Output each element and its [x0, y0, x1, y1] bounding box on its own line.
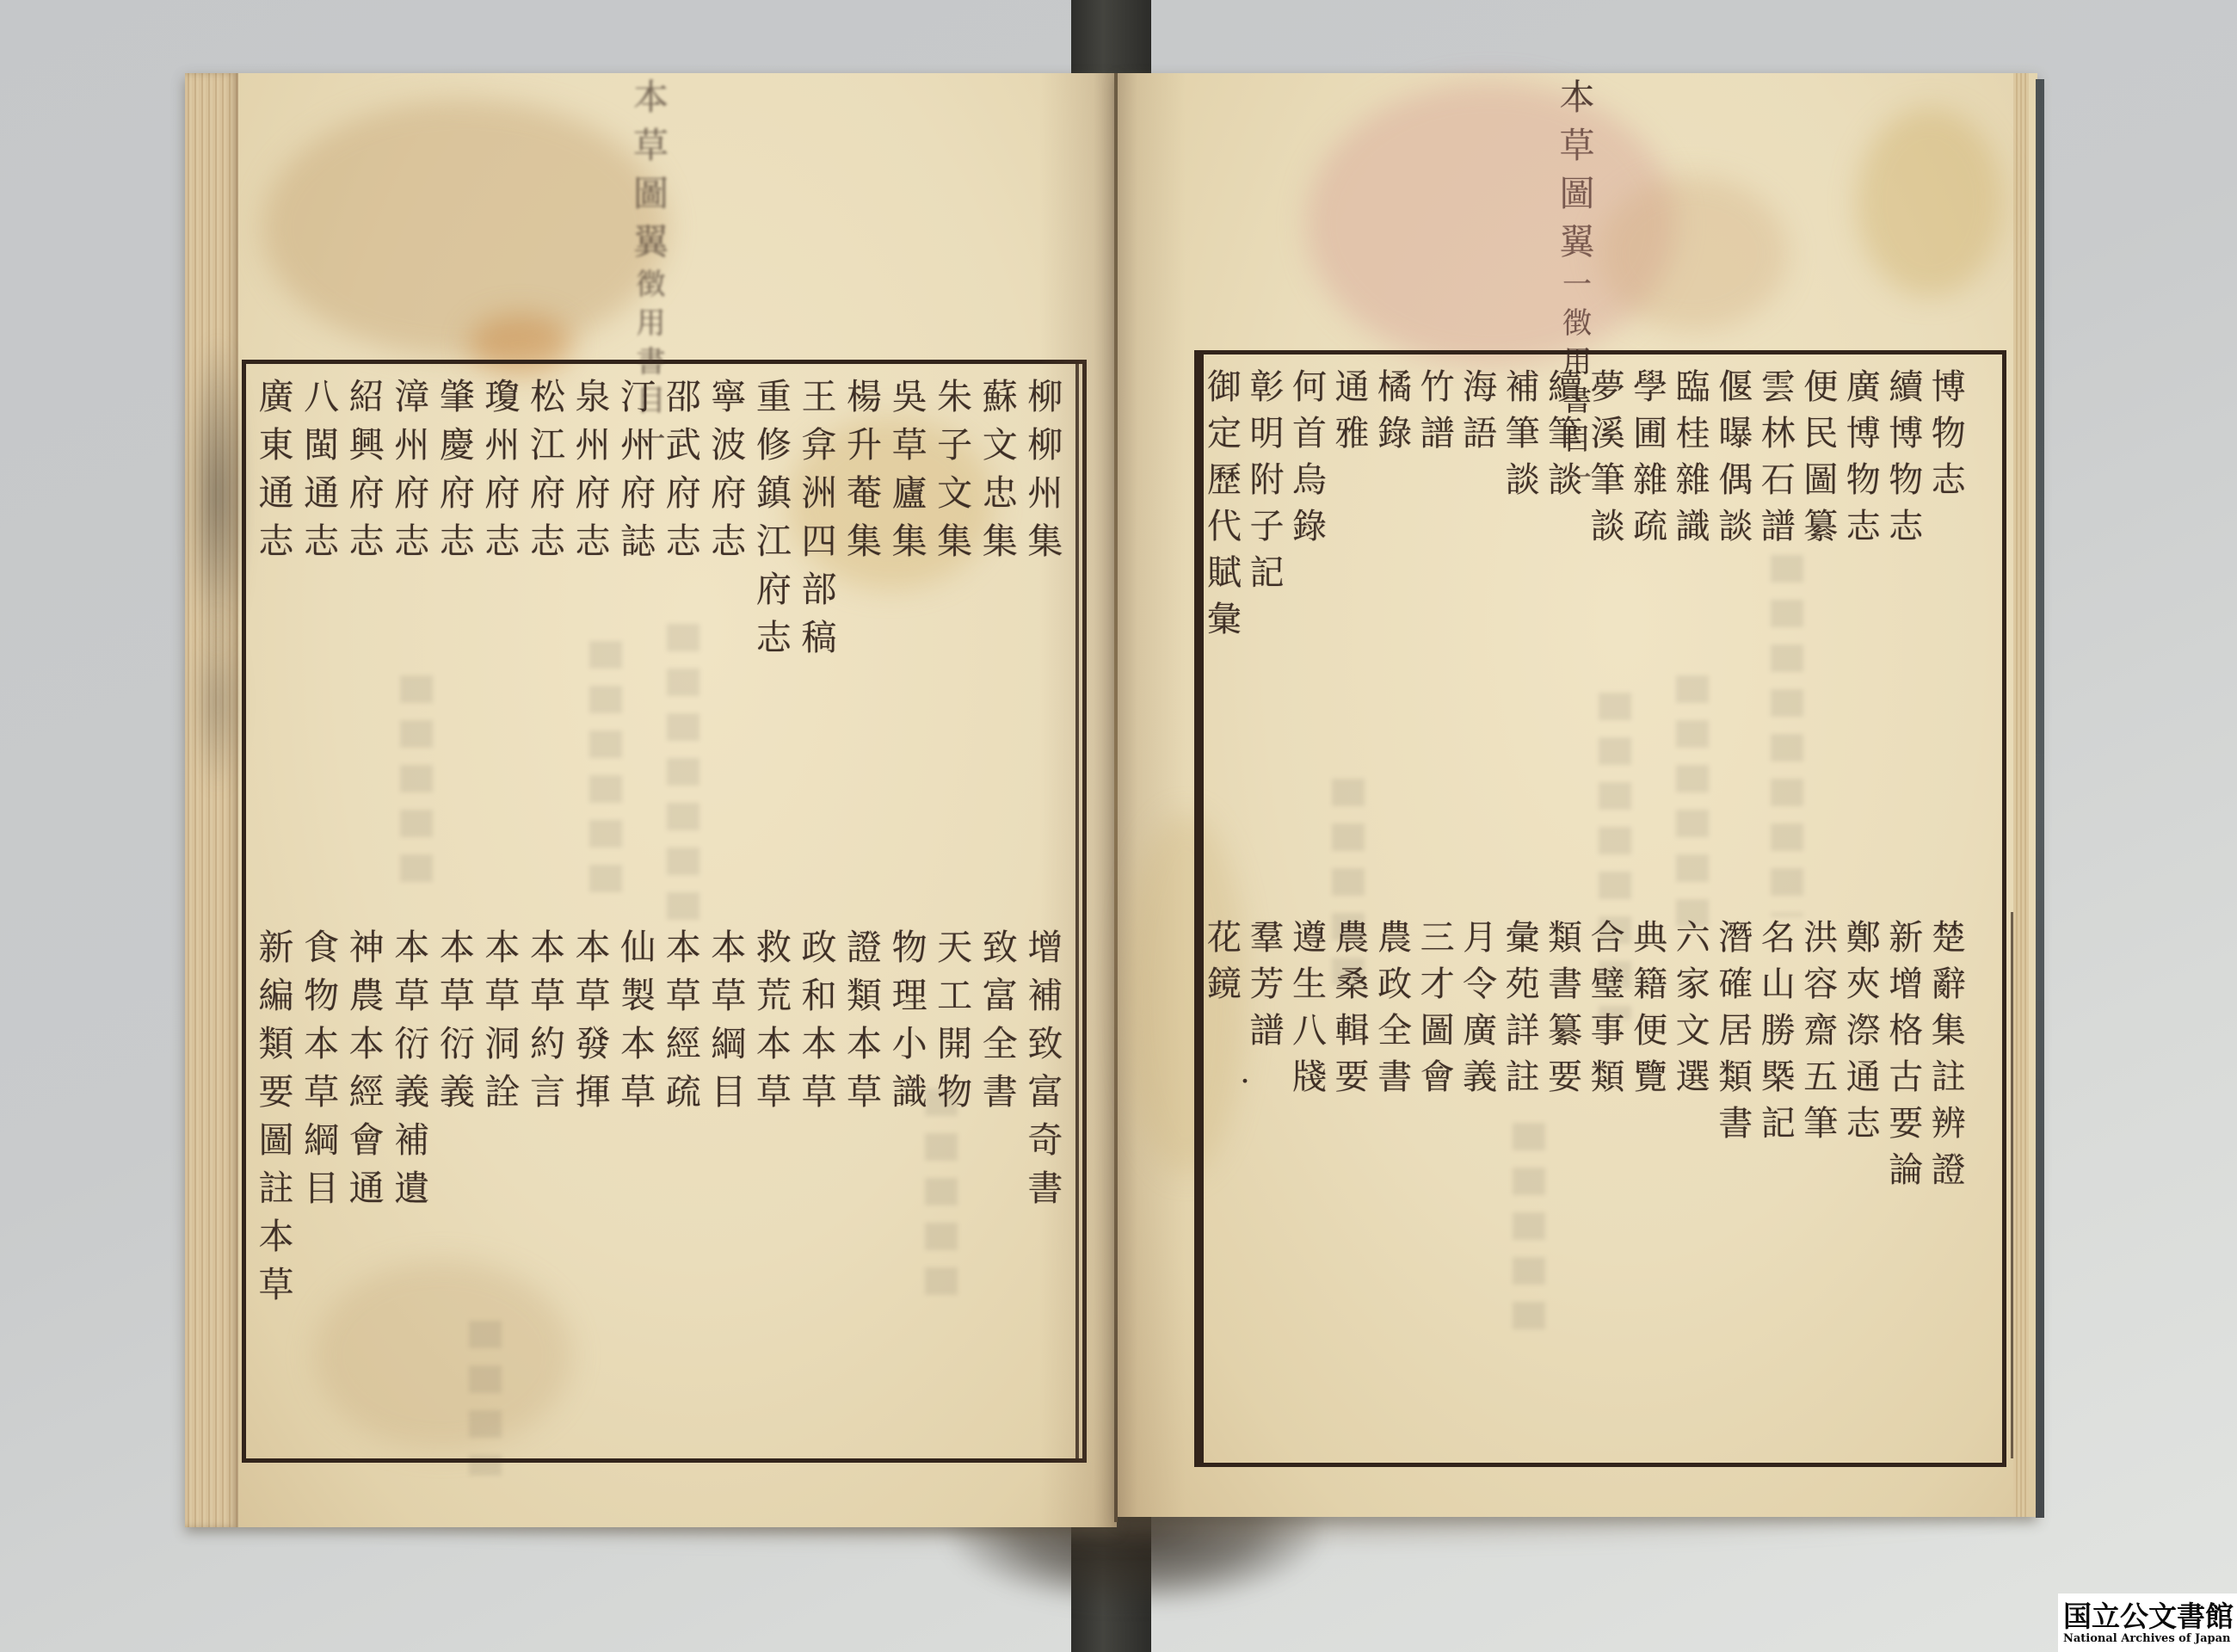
title-glyph: 廬 — [890, 469, 928, 517]
title-glyph: 疏 — [664, 1068, 702, 1116]
title-glyph: 義 — [393, 1068, 431, 1116]
title-glyph: 首 — [1291, 410, 1328, 457]
title-glyph: 義 — [438, 1068, 476, 1116]
title-glyph: 林 — [1760, 410, 1796, 457]
title-glyph: 政 — [800, 923, 838, 971]
book-title-column: 類書纂要 — [1547, 915, 1583, 1396]
title-glyph: 本 — [664, 923, 702, 971]
book-title-column: 彙苑詳註 — [1505, 915, 1541, 1396]
title-glyph: 物 — [936, 1068, 974, 1116]
title-glyph: 救 — [755, 923, 792, 971]
title-glyph: 證 — [1931, 1147, 1967, 1193]
title-glyph: 談 — [1590, 503, 1626, 550]
title-glyph: 通 — [348, 1164, 385, 1212]
book-title-column: 神農本經會通 — [348, 923, 385, 1405]
title-glyph: 農 — [1334, 915, 1371, 961]
title-glyph: 鄭 — [1846, 915, 1882, 961]
right-page-top-title-list: 博物志續博物志廣博物志便民圖纂雲林石譜偃曝偶談臨桂雜識學圃雜疏夢溪筆談續筆談補筆… — [1206, 364, 1967, 794]
title-glyph: 容 — [1803, 961, 1839, 1008]
title-glyph: 府 — [755, 565, 792, 613]
title-glyph: 八 — [303, 373, 341, 421]
title-glyph: 草 — [438, 971, 476, 1020]
title-glyph: 溪 — [1590, 410, 1626, 457]
book-title-column: 吳草廬集 — [890, 373, 928, 803]
book-title-column: 本草衍義補遺 — [393, 923, 431, 1405]
title-glyph: 草 — [710, 971, 748, 1020]
title-glyph: 製 — [619, 971, 657, 1020]
book-title-column: 廣東通志 — [257, 373, 295, 803]
title-glyph: 集 — [936, 517, 974, 565]
title-glyph: 山 — [1760, 961, 1796, 1008]
title-glyph: 工 — [936, 971, 974, 1020]
title-glyph: 楊 — [846, 373, 884, 421]
title-glyph: 王 — [800, 373, 838, 421]
title-glyph: 邵 — [664, 373, 702, 421]
ink-smudge — [192, 607, 243, 796]
book-title-column: 農政全書 — [1377, 915, 1413, 1396]
title-glyph: 洲 — [800, 469, 838, 517]
title-glyph: 圖 — [1420, 1008, 1456, 1054]
title-glyph: 古 — [1888, 1054, 1924, 1100]
title-glyph: 書 — [1377, 1054, 1413, 1100]
title-glyph: 楚 — [1931, 915, 1967, 961]
title-glyph: 蘇 — [981, 373, 1019, 421]
title-glyph: 識 — [1675, 503, 1711, 550]
book-title-column: 海語 — [1462, 364, 1498, 794]
title-glyph: 東 — [257, 421, 295, 469]
title-glyph: 州 — [393, 421, 431, 469]
title-glyph: 發 — [574, 1020, 612, 1068]
list-dot-mark: ・ — [1234, 1064, 1256, 1096]
title-glyph: 識 — [890, 1068, 928, 1116]
title-glyph: 文 — [1675, 1008, 1711, 1054]
title-glyph: 彰 — [1249, 364, 1285, 410]
title-glyph: 橘 — [1377, 364, 1413, 410]
title-glyph: 州 — [619, 421, 657, 469]
title-glyph: 物 — [1931, 410, 1967, 457]
archive-name-english: National Archives of Japan — [2063, 1632, 2231, 1645]
book-title-column: 重修鎮江府志 — [755, 373, 792, 803]
title-glyph: 民 — [1803, 410, 1839, 457]
title-glyph: 物 — [890, 923, 928, 971]
title-glyph: 瓊 — [484, 373, 521, 421]
title-glyph: 志 — [257, 517, 295, 565]
book-title-column: 農桑輯要 — [1334, 915, 1371, 1396]
book-title-column: 花鏡 — [1206, 915, 1242, 1396]
title-glyph: 食 — [303, 923, 341, 971]
stain — [1599, 176, 1788, 331]
book-title-column: 本草發揮 — [574, 923, 612, 1405]
title-glyph: 府 — [393, 469, 431, 517]
title-glyph: 文 — [981, 421, 1019, 469]
title-glyph: 富 — [981, 971, 1019, 1020]
title-glyph: 草 — [528, 971, 566, 1020]
book-title-column: 天工開物 — [936, 923, 974, 1405]
title-glyph: 雲 — [1760, 364, 1796, 410]
title-glyph: 牋 — [1291, 1054, 1328, 1100]
title-glyph: 雜 — [1675, 457, 1711, 503]
title-glyph: 雜 — [1632, 457, 1668, 503]
title-glyph: 譜 — [1420, 410, 1456, 457]
book-title-column: 物理小識 — [890, 923, 928, 1405]
title-glyph: 月 — [1462, 915, 1498, 961]
archive-name-japanese: 国立公文書館 — [2063, 1601, 2234, 1632]
title-glyph: 志 — [528, 517, 566, 565]
title-glyph: 編 — [257, 971, 295, 1020]
title-glyph: 志 — [1846, 503, 1882, 550]
title-glyph: 疏 — [1632, 503, 1668, 550]
title-glyph: 記 — [1249, 550, 1285, 596]
title-glyph: 天 — [936, 923, 974, 971]
title-glyph: 五 — [1803, 1054, 1839, 1100]
title-glyph: 波 — [710, 421, 748, 469]
title-glyph: 通 — [1334, 364, 1371, 410]
book-title-column: 松江府志 — [528, 373, 566, 803]
title-glyph: 潛 — [1717, 915, 1753, 961]
title-glyph: 草 — [846, 1068, 884, 1116]
title-glyph: 草 — [303, 1068, 341, 1116]
title-glyph: 三 — [1420, 915, 1456, 961]
book-title-column: 瓊州府志 — [484, 373, 521, 803]
title-glyph: 本 — [393, 923, 431, 971]
book-title-column: 本草經疏 — [664, 923, 702, 1405]
title-glyph: 本 — [710, 923, 748, 971]
book-title-column: 救荒本草 — [755, 923, 792, 1405]
title-glyph: 衍 — [393, 1020, 431, 1068]
title-glyph: 筆 — [1803, 1100, 1839, 1147]
book-title-column: 食物本草綱目 — [303, 923, 341, 1405]
title-glyph: 筆 — [1505, 410, 1541, 457]
title-glyph: 續 — [1888, 364, 1924, 410]
title-glyph: 苑 — [1505, 961, 1541, 1008]
title-glyph: 紹 — [348, 373, 385, 421]
title-glyph: 增 — [1026, 923, 1064, 971]
title-glyph: 松 — [528, 373, 566, 421]
title-glyph: 本 — [303, 1020, 341, 1068]
title-glyph: 志 — [1846, 1100, 1882, 1147]
title-glyph: 便 — [1632, 1008, 1668, 1054]
margin-glyph: 徴 — [632, 266, 671, 305]
title-glyph: 御 — [1206, 364, 1242, 410]
title-glyph: 農 — [1377, 915, 1413, 961]
book-title-column: 楊升菴集 — [846, 373, 884, 803]
title-glyph: 志 — [348, 517, 385, 565]
title-glyph: 語 — [1462, 410, 1498, 457]
title-glyph: 物 — [1846, 457, 1882, 503]
margin-glyph: 翼 — [632, 218, 671, 266]
book-title-column: 仙製本草 — [619, 923, 657, 1405]
title-glyph: 全 — [1377, 1008, 1413, 1054]
title-glyph: 集 — [1026, 517, 1064, 565]
title-glyph: 八 — [1291, 1008, 1328, 1054]
title-glyph: 要 — [257, 1068, 295, 1116]
title-glyph: 理 — [890, 971, 928, 1020]
book-title-column: 泉州府志 — [574, 373, 612, 803]
title-glyph: 續 — [1547, 364, 1583, 410]
book-title-column: 八閩通志 — [303, 373, 341, 803]
title-glyph: 朱 — [936, 373, 974, 421]
title-glyph: 記 — [1760, 1100, 1796, 1147]
title-glyph: 烏 — [1291, 457, 1328, 503]
title-glyph: 竹 — [1420, 364, 1456, 410]
title-glyph: 羣 — [1249, 915, 1285, 961]
title-glyph: 弇 — [800, 421, 838, 469]
title-glyph: 草 — [257, 1261, 295, 1309]
title-glyph: 州 — [574, 421, 612, 469]
title-glyph: 臨 — [1675, 364, 1711, 410]
title-glyph: 通 — [303, 469, 341, 517]
margin-glyph: 用 — [632, 305, 671, 343]
title-glyph: 鎮 — [755, 469, 792, 517]
book-title-column: 本草洞詮 — [484, 923, 521, 1405]
title-glyph: 漳 — [393, 373, 431, 421]
title-glyph: 書 — [981, 1068, 1019, 1116]
cradle-strap-top — [1071, 0, 1151, 79]
title-glyph: 註 — [1505, 1054, 1541, 1100]
book-title-column: 楚辭集註辨證 — [1931, 915, 1967, 1396]
left-margin-running-title: 本草圖翼 — [185, 73, 1117, 266]
margin-glyph: 草 — [632, 121, 671, 170]
book-title-column: 偃曝偶談 — [1717, 364, 1753, 794]
title-glyph: 增 — [1888, 961, 1924, 1008]
book-title-column: 本草約言 — [528, 923, 566, 1405]
title-glyph: 仙 — [619, 923, 657, 971]
book-title-column: 潛確居類書 — [1717, 915, 1753, 1396]
title-glyph: 桂 — [1675, 410, 1711, 457]
title-glyph: 義 — [1462, 1054, 1498, 1100]
title-glyph: 菴 — [846, 469, 884, 517]
title-glyph: 經 — [348, 1068, 385, 1116]
book-title-column: 學圃雜疏 — [1632, 364, 1668, 794]
title-glyph: 綱 — [303, 1116, 341, 1164]
book-title-column: 雲林石譜 — [1760, 364, 1796, 794]
title-glyph: 神 — [348, 923, 385, 971]
left-page: 本草圖翼 徴用書目 一 柳柳州集蘇文忠集朱子文集吳草廬集楊升菴集王弇洲四部稿重修… — [185, 73, 1117, 1527]
book-title-column: 竹譜 — [1420, 364, 1456, 794]
title-glyph: 府 — [664, 469, 702, 517]
title-glyph: 談 — [1547, 457, 1583, 503]
title-glyph: 居 — [1717, 1008, 1753, 1054]
right-page-bottom-title-list: 楚辭集註辨證新增格古要論鄭夾漈通志洪容齋五筆名山勝槩記潛確居類書六家文選典籍便覽… — [1206, 915, 1967, 1396]
book-title-column: 新編類要圖註本草 — [257, 923, 295, 1405]
title-glyph: 筆 — [1547, 410, 1583, 457]
title-glyph: 志 — [574, 517, 612, 565]
title-glyph: 四 — [800, 517, 838, 565]
book-title-column: 三才圖會 — [1420, 915, 1456, 1396]
title-glyph: 註 — [257, 1164, 295, 1212]
title-glyph: 類 — [1547, 915, 1583, 961]
title-glyph: 何 — [1291, 364, 1328, 410]
title-glyph: 要 — [1888, 1100, 1924, 1147]
title-glyph: 致 — [981, 923, 1019, 971]
title-glyph: 書 — [1026, 1164, 1064, 1212]
title-glyph: 府 — [348, 469, 385, 517]
title-glyph: 草 — [484, 971, 521, 1020]
title-glyph: 格 — [1888, 1008, 1924, 1054]
title-glyph: 志 — [755, 613, 792, 662]
book-title-column: 寧波府志 — [710, 373, 748, 803]
title-glyph: 遵 — [1291, 915, 1328, 961]
title-glyph: 典 — [1632, 915, 1668, 961]
title-glyph: 寧 — [710, 373, 748, 421]
book-title-column: 夢溪筆談 — [1590, 364, 1626, 794]
title-glyph: 重 — [755, 373, 792, 421]
title-glyph: 要 — [1334, 1054, 1371, 1100]
title-glyph: 覽 — [1632, 1054, 1668, 1100]
book-title-column: 本草衍義 — [438, 923, 476, 1405]
title-glyph: 農 — [348, 971, 385, 1020]
title-glyph: 小 — [890, 1020, 928, 1068]
book-title-column: 肇慶府志 — [438, 373, 476, 803]
title-glyph: 花 — [1206, 915, 1242, 961]
title-glyph: 歷 — [1206, 457, 1242, 503]
title-glyph: 洪 — [1803, 915, 1839, 961]
stain — [1857, 108, 2003, 297]
title-glyph: 附 — [1249, 457, 1285, 503]
title-glyph: 全 — [981, 1020, 1019, 1068]
book-title-column: 何首烏錄 — [1291, 364, 1328, 794]
title-glyph: 明 — [1249, 410, 1285, 457]
title-glyph: 事 — [1590, 1008, 1626, 1054]
book-title-column: 六家文選 — [1675, 915, 1711, 1396]
title-glyph: 博 — [1846, 410, 1882, 457]
title-glyph: 江 — [528, 421, 566, 469]
title-glyph: 興 — [348, 421, 385, 469]
title-glyph: 州 — [484, 421, 521, 469]
book-title-column: 通雅 — [1334, 364, 1371, 794]
book-title-column: 續博物志 — [1888, 364, 1924, 794]
title-glyph: 廣 — [1462, 1008, 1498, 1054]
title-glyph: 文 — [936, 469, 974, 517]
title-glyph: 博 — [1931, 364, 1967, 410]
book-title-column: 王弇洲四部稿 — [800, 373, 838, 803]
title-glyph: 要 — [1547, 1054, 1583, 1100]
title-glyph: 汀 — [619, 373, 657, 421]
title-glyph: 石 — [1760, 457, 1796, 503]
book-title-column: 蘇文忠集 — [981, 373, 1019, 803]
title-glyph: 草 — [393, 971, 431, 1020]
title-glyph: 圃 — [1632, 410, 1668, 457]
title-glyph: 選 — [1675, 1054, 1711, 1100]
book-title-column: 鄭夾漈通志 — [1846, 915, 1882, 1396]
book-title-column: 洪容齋五筆 — [1803, 915, 1839, 1396]
title-glyph: 經 — [664, 1020, 702, 1068]
title-glyph: 廣 — [257, 373, 295, 421]
title-glyph: 彙 — [1505, 915, 1541, 961]
title-glyph: 會 — [348, 1116, 385, 1164]
title-glyph: 府 — [710, 469, 748, 517]
title-glyph: 六 — [1675, 915, 1711, 961]
title-glyph: 志 — [393, 517, 431, 565]
title-glyph: 政 — [1377, 961, 1413, 1008]
left-page-top-title-list: 柳柳州集蘇文忠集朱子文集吳草廬集楊升菴集王弇洲四部稿重修鎮江府志寧波府志邵武府志… — [257, 373, 1064, 803]
title-glyph: 纂 — [1803, 503, 1839, 550]
title-glyph: 本 — [257, 1212, 295, 1261]
title-glyph: 詳 — [1505, 1008, 1541, 1054]
title-glyph: 代 — [1206, 503, 1242, 550]
title-glyph: 府 — [438, 469, 476, 517]
title-glyph: 志 — [484, 517, 521, 565]
title-glyph: 目 — [710, 1068, 748, 1116]
title-glyph: 荒 — [755, 971, 792, 1020]
title-glyph: 志 — [303, 517, 341, 565]
title-glyph: 本 — [484, 923, 521, 971]
title-glyph: 目 — [303, 1164, 341, 1212]
title-glyph: 證 — [846, 923, 884, 971]
title-glyph: 芳 — [1249, 961, 1285, 1008]
title-glyph: 雅 — [1334, 410, 1371, 457]
book-title-column: 彰明附子記 — [1249, 364, 1285, 794]
title-glyph: 本 — [619, 1020, 657, 1068]
title-glyph: 志 — [438, 517, 476, 565]
book-title-column: 博物志 — [1931, 364, 1967, 794]
title-glyph: 類 — [1717, 1054, 1753, 1100]
title-glyph: 偶 — [1717, 457, 1753, 503]
book-title-column: 廣博物志 — [1846, 364, 1882, 794]
title-glyph: 本 — [574, 923, 612, 971]
title-glyph: 部 — [800, 565, 838, 613]
title-glyph: 辨 — [1931, 1100, 1967, 1147]
title-glyph: 物 — [1888, 457, 1924, 503]
title-glyph: 草 — [755, 1068, 792, 1116]
title-glyph: 奇 — [1026, 1116, 1064, 1164]
book-title-column: 政和本草 — [800, 923, 838, 1405]
title-glyph: 升 — [846, 421, 884, 469]
title-glyph: 本 — [755, 1020, 792, 1068]
title-glyph: 洞 — [484, 1020, 521, 1068]
book-title-column: 漳州府志 — [393, 373, 431, 803]
book-title-column: 朱子文集 — [936, 373, 974, 803]
title-glyph: 開 — [936, 1020, 974, 1068]
title-glyph: 衍 — [438, 1020, 476, 1068]
title-glyph: 海 — [1462, 364, 1498, 410]
book-title-column: 續筆談 — [1547, 364, 1583, 794]
title-glyph: 稿 — [800, 613, 838, 662]
title-glyph: 州 — [1026, 469, 1064, 517]
book-title-column: 遵生八牋 — [1291, 915, 1328, 1396]
gutter-seam — [1114, 73, 1118, 1522]
title-glyph: 曝 — [1717, 410, 1753, 457]
title-glyph: 集 — [981, 517, 1019, 565]
title-glyph: 本 — [438, 923, 476, 971]
book-title-column: 橘錄 — [1377, 364, 1413, 794]
title-glyph: 草 — [800, 1068, 838, 1116]
title-glyph: 錄 — [1377, 410, 1413, 457]
title-glyph: 補 — [393, 1116, 431, 1164]
title-glyph: 註 — [1931, 1054, 1967, 1100]
title-glyph: 誌 — [619, 517, 657, 565]
book-title-column: 本草綱目 — [710, 923, 748, 1405]
title-glyph: 學 — [1632, 364, 1668, 410]
title-glyph: 補 — [1505, 364, 1541, 410]
title-glyph: 通 — [1846, 1054, 1882, 1100]
title-glyph: 草 — [619, 1068, 657, 1116]
title-glyph: 類 — [846, 971, 884, 1020]
title-glyph: 吳 — [890, 373, 928, 421]
title-glyph: 慶 — [438, 421, 476, 469]
title-glyph: 泉 — [574, 373, 612, 421]
right-page-fore-edge — [2013, 73, 2029, 1517]
title-glyph: 圖 — [1803, 457, 1839, 503]
title-glyph: 忠 — [981, 469, 1019, 517]
title-glyph: 草 — [664, 971, 702, 1020]
title-glyph: 定 — [1206, 410, 1242, 457]
book-title-column: 致富全書 — [981, 923, 1019, 1405]
title-glyph: 談 — [1717, 503, 1753, 550]
title-glyph: 令 — [1462, 961, 1498, 1008]
title-glyph: 博 — [1888, 410, 1924, 457]
title-glyph: 類 — [257, 1020, 295, 1068]
